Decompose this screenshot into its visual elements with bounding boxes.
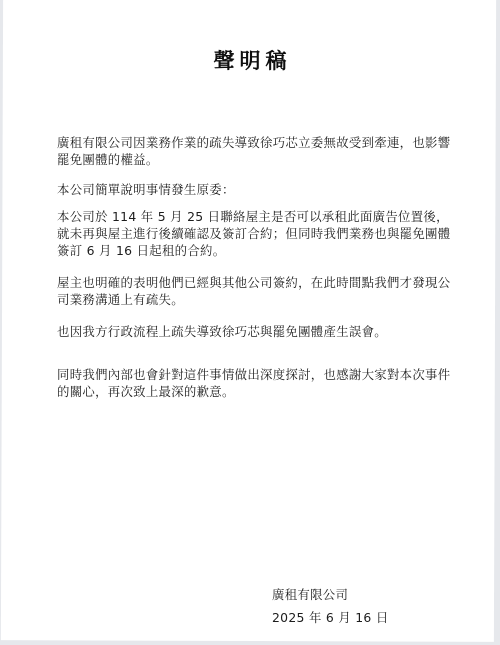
statement-paragraph: 屋主也明確的表明他們已經與其他公司簽約，在此時間點我們才發現公司業務溝通上有疏失… xyxy=(57,274,461,308)
statement-paragraph: 本公司於 114 年 5 月 25 日聯絡屋主是否可以承租此面廣告位置後，就未再… xyxy=(57,208,461,259)
statement-paragraph: 同時我們內部也會針對這件事情做出深度探討，也感謝大家對本次事件的關心，再次致上最… xyxy=(57,366,461,400)
signature-company: 廣租有限公司 xyxy=(272,583,389,606)
statement-document: 聲明稿 廣租有限公司因業務作業的疏失導致徐巧芯立委無故受到牽連，也影響罷免團體的… xyxy=(0,0,500,645)
document-title: 聲明稿 xyxy=(0,45,500,75)
statement-paragraph: 本公司簡單說明事情發生原委： xyxy=(57,181,461,198)
paper-sheet xyxy=(1,0,496,642)
statement-paragraph: 廣租有限公司因業務作業的疏失導致徐巧芯立委無故受到牽連，也影響罷免團體的權益。 xyxy=(57,134,461,168)
statement-paragraph: 也因我方行政流程上疏失導致徐巧芯與罷免團體產生誤會。 xyxy=(57,323,461,340)
signature-block: 廣租有限公司 2025 年 6 月 16 日 xyxy=(272,583,389,629)
signature-date: 2025 年 6 月 16 日 xyxy=(272,606,389,629)
